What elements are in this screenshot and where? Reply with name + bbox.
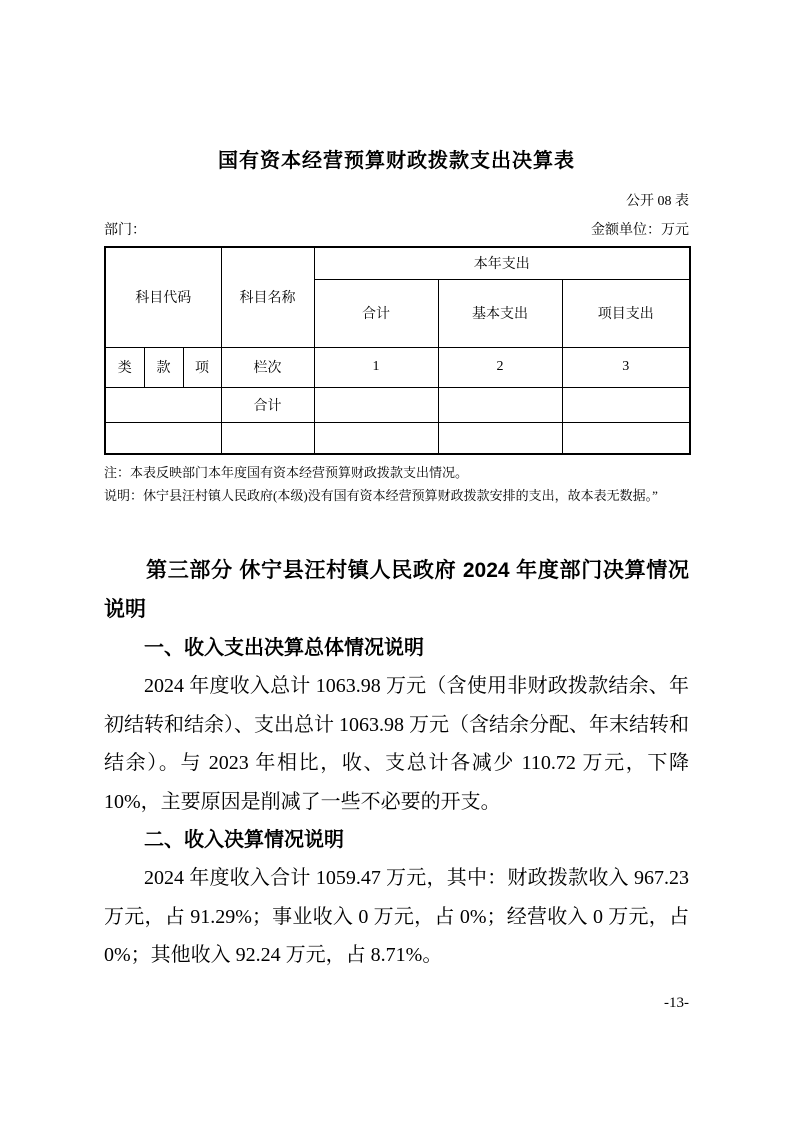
table-row: 合计 [105, 387, 690, 422]
cell-basic [438, 422, 562, 454]
table-note: 注：本表反映部门本年度国有资本经营预算财政拨款支出情况。 [104, 461, 689, 484]
table-explanation: 说明：休宁县汪村镇人民政府(本级)没有国有资本经营预算财政拨款安排的支出，故本表… [104, 484, 689, 507]
header-column-label: 栏次 [221, 347, 314, 387]
table-notes: 注：本表反映部门本年度国有资本经营预算财政拨款支出情况。 说明：休宁县汪村镇人民… [104, 461, 689, 507]
table-meta-row: 部门： 金额单位：万元 [104, 219, 689, 239]
cell-project [562, 387, 690, 422]
section2-heading: 二、收入决算情况说明 [104, 821, 689, 859]
cell-code [105, 387, 221, 422]
section2-paragraph: 2024 年度收入合计 1059.47 万元，其中：财政拨款收入 967.23 … [104, 859, 689, 975]
department-label: 部门： [104, 219, 146, 239]
cell-project [562, 422, 690, 454]
cell-basic [438, 387, 562, 422]
section1-heading: 一、收入支出决算总体情况说明 [104, 629, 689, 667]
header-total: 合计 [314, 279, 438, 347]
header-subject-code: 科目代码 [105, 247, 221, 347]
header-project-expenditure: 项目支出 [562, 279, 690, 347]
form-number-label: 公开 08 表 [104, 190, 689, 210]
page-title: 国有资本经营预算财政拨款支出决算表 [104, 144, 689, 173]
header-col-3: 3 [562, 347, 690, 387]
cell-code [105, 422, 221, 454]
header-category: 类 [105, 347, 144, 387]
header-item: 项 [183, 347, 221, 387]
cell-name: 合计 [221, 387, 314, 422]
cell-total [314, 422, 438, 454]
header-current-year-expenditure: 本年支出 [314, 247, 690, 279]
page-number: -13- [664, 995, 689, 1012]
header-basic-expenditure: 基本支出 [438, 279, 562, 347]
header-col-2: 2 [438, 347, 562, 387]
header-subject-name: 科目名称 [221, 247, 314, 347]
document-page: 国有资本经营预算财政拨款支出决算表 公开 08 表 部门： 金额单位：万元 科目… [104, 0, 689, 975]
part3-heading: 第三部分 休宁县汪村镇人民政府 2024 年度部门决算情况说明 [104, 551, 689, 629]
section1-paragraph: 2024 年度收入总计 1063.98 万元（含使用非财政拨款结余、年初结转和结… [104, 667, 689, 821]
amount-unit-label: 金额单位：万元 [591, 219, 689, 239]
cell-total [314, 387, 438, 422]
header-col-1: 1 [314, 347, 438, 387]
header-clause: 款 [144, 347, 183, 387]
budget-table: 科目代码 科目名称 本年支出 合计 基本支出 项目支出 类 款 项 栏次 1 2… [104, 246, 691, 455]
table-row [105, 422, 690, 454]
cell-name [221, 422, 314, 454]
